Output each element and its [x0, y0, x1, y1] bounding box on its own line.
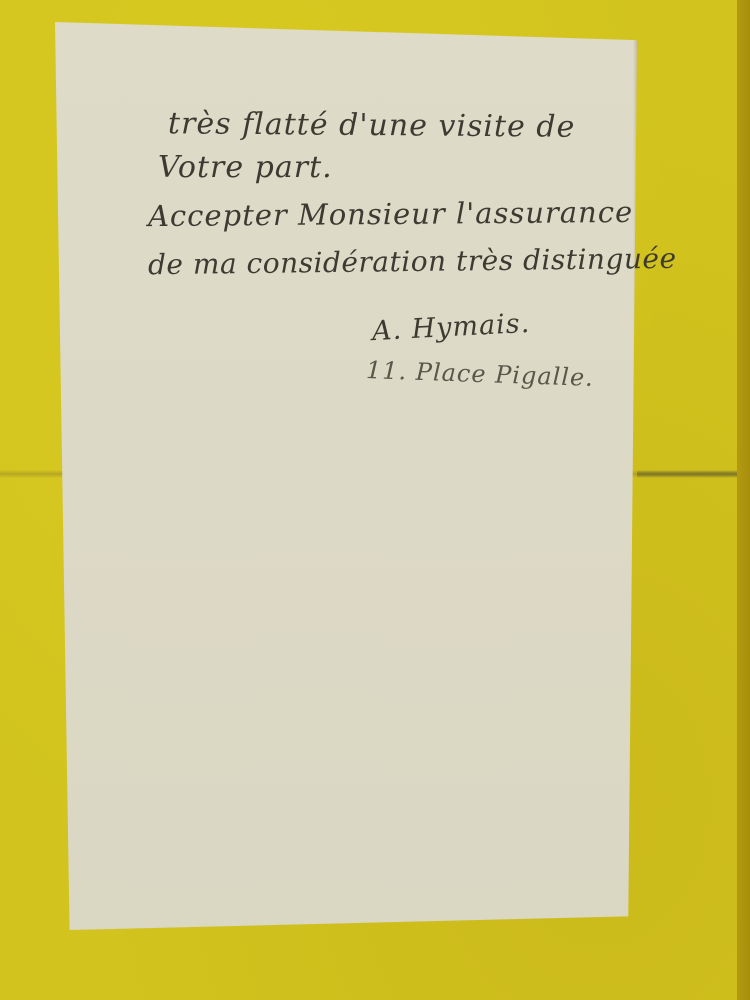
letter-line-3: Accepter Monsieur l'assurance — [148, 195, 633, 233]
letter-line-2: Votre part. — [158, 150, 333, 185]
backdrop-edge-strip — [737, 0, 750, 1000]
letter-line-4: de ma considération très distinguée — [148, 242, 677, 281]
letter-line-1: très flatté d'une visite de — [168, 106, 576, 145]
letter-sheet — [55, 22, 637, 930]
backdrop-fold-line-right — [637, 470, 737, 478]
